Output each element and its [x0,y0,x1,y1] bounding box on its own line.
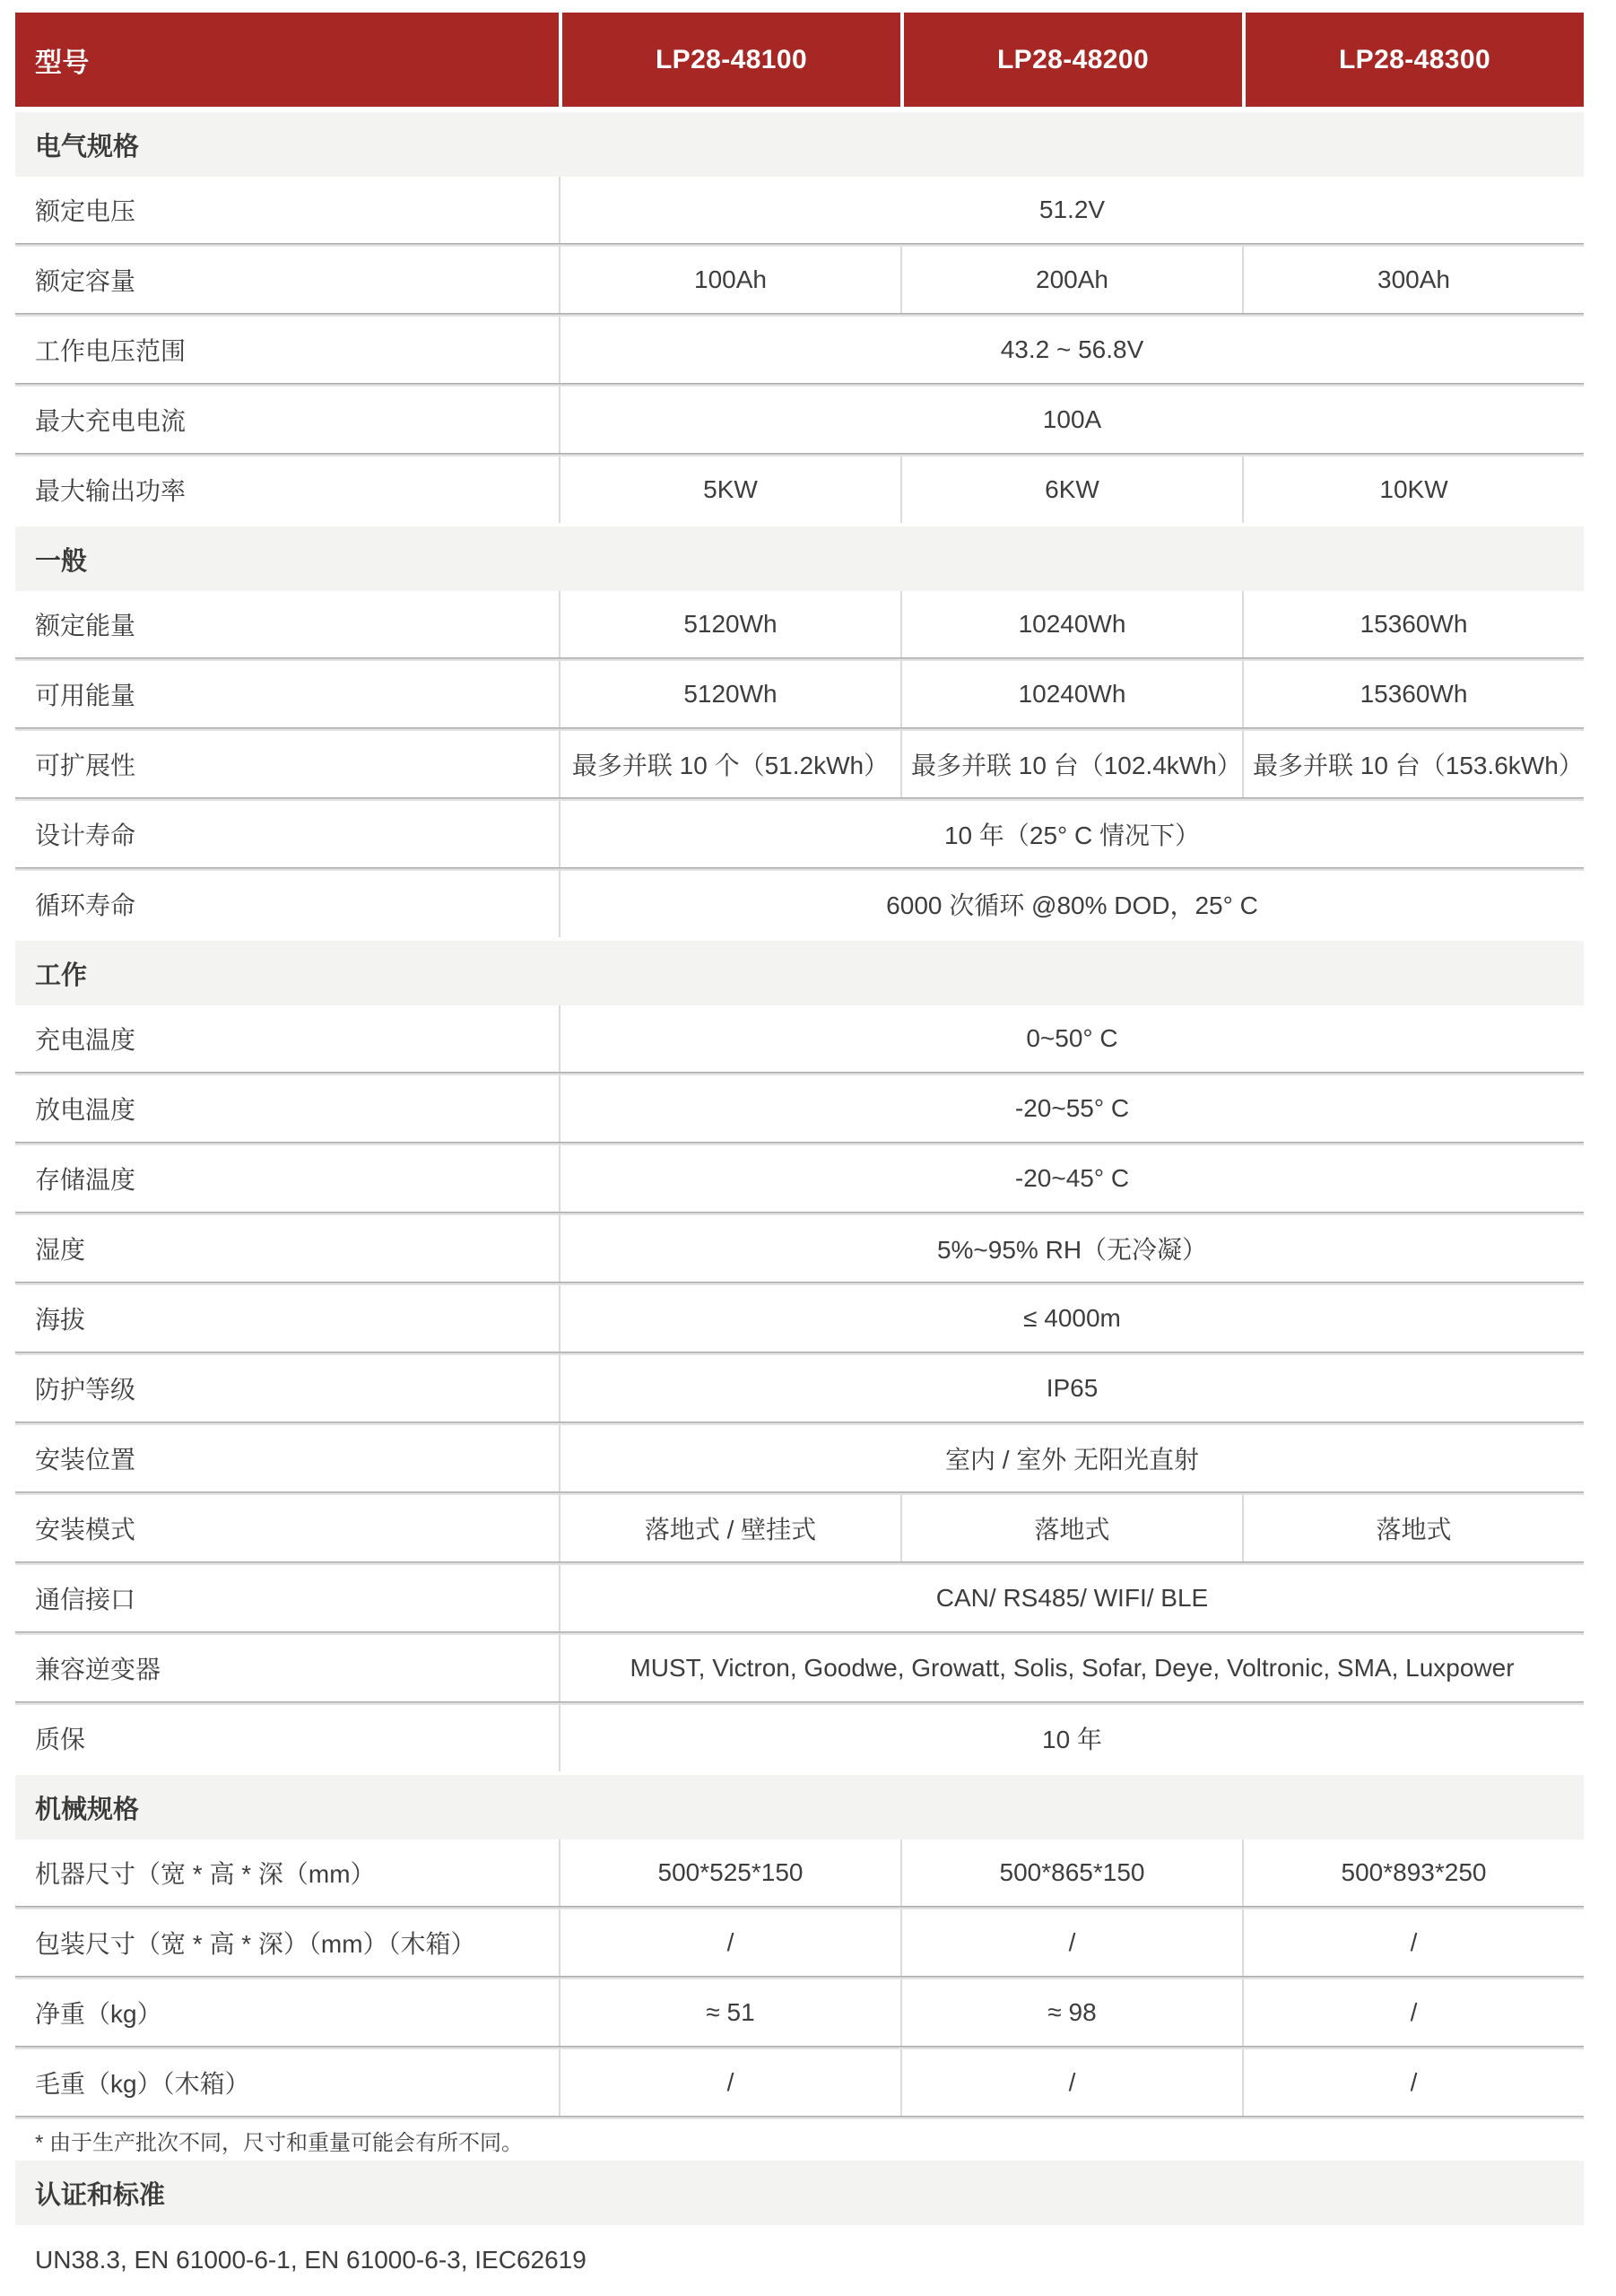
section-header-certification: 认证和标准 [15,2161,1584,2225]
spec-value-span: -20~45° C [559,1145,1584,1212]
spec-row: 额定电压51.2V [15,177,1584,243]
spec-value: 200Ah [900,247,1242,313]
spec-label: 机器尺寸（宽 * 高 * 深（mm） [15,1839,559,1906]
table-body: 电气规格额定电压51.2V额定容量100Ah200Ah300Ah工作电压范围43… [15,112,1584,2119]
spec-label: 额定容量 [15,247,559,313]
spec-value: 10240Wh [900,661,1242,727]
spec-row: 安装位置室内 / 室外 无阳光直射 [15,1425,1584,1492]
spec-label: 包装尺寸（宽 * 高 * 深）（mm）（木箱） [15,1909,559,1976]
spec-value: 500*893*250 [1242,1839,1584,1906]
spec-value: 落地式 [1242,1495,1584,1561]
spec-value-span: 6000 次循环 @80% DOD，25° C [559,871,1584,937]
spec-value: 最多并联 10 个（51.2kWh） [559,731,900,797]
spec-value: / [1242,1979,1584,2046]
spec-label: 额定电压 [15,177,559,243]
spec-row: 安装模式落地式 / 壁挂式落地式落地式 [15,1495,1584,1561]
spec-label: 安装位置 [15,1425,559,1492]
section-title: 机械规格 [35,1789,139,1826]
spec-row: 海拔≤ 4000m [15,1285,1584,1352]
spec-label: 兼容逆变器 [15,1635,559,1701]
spec-label: 设计寿命 [15,801,559,867]
spec-value: ≈ 98 [900,1979,1242,2046]
spec-value-span: 室内 / 室外 无阳光直射 [559,1425,1584,1492]
spec-value-span: MUST, Victron, Goodwe, Growatt, Solis, S… [559,1635,1584,1701]
spec-label: 安装模式 [15,1495,559,1561]
spec-label: 湿度 [15,1215,559,1282]
spec-value-span: 10 年 [559,1705,1584,1771]
certification-values: UN38.3, EN 61000-6-1, EN 61000-6-3, IEC6… [15,2225,1584,2295]
spec-row: 包装尺寸（宽 * 高 * 深）（mm）（木箱）/// [15,1909,1584,1976]
spec-value: / [900,1909,1242,1976]
spec-row: 毛重（kg）（木箱）/// [15,2049,1584,2116]
spec-value: 100Ah [559,247,900,313]
spec-sheet-page: 型号 LP28-48100 LP28-48200 LP28-48300 电气规格… [0,0,1616,2296]
spec-row: 充电温度0~50° C [15,1005,1584,1072]
spec-row: 最大输出功率5KW6KW10KW [15,457,1584,523]
spec-label: 可用能量 [15,661,559,727]
spec-value-span: CAN/ RS485/ WIFI/ BLE [559,1565,1584,1631]
table-header-row: 型号 LP28-48100 LP28-48200 LP28-48300 [15,13,1584,107]
spec-label: 净重（kg） [15,1979,559,2046]
spec-row: 额定能量5120Wh10240Wh15360Wh [15,591,1584,657]
section-title: 一般 [35,541,87,578]
spec-row: 最大充电电流100A [15,387,1584,453]
spec-value: 6KW [900,457,1242,523]
spec-row: 额定容量100Ah200Ah300Ah [15,247,1584,313]
section-title: 工作 [35,955,87,992]
spec-value: 10240Wh [900,591,1242,657]
spec-label: 放电温度 [15,1075,559,1142]
spec-label: 可扩展性 [15,731,559,797]
model-column-header: 型号 [15,13,559,107]
spec-row: 防护等级IP65 [15,1355,1584,1422]
spec-value: 落地式 / 壁挂式 [559,1495,900,1561]
spec-row: 循环寿命6000 次循环 @80% DOD，25° C [15,871,1584,937]
spec-row: 质保10 年 [15,1705,1584,1771]
spec-value: 最多并联 10 台（102.4kWh） [900,731,1242,797]
spec-value-span: IP65 [559,1355,1584,1422]
model-name-3: LP28-48300 [1242,13,1584,107]
spec-value-span: -20~55° C [559,1075,1584,1142]
section-header: 工作 [15,941,1584,1005]
spec-label: 工作电压范围 [15,317,559,383]
spec-row: 存储温度-20~45° C [15,1145,1584,1212]
spec-row: 可扩展性最多并联 10 个（51.2kWh）最多并联 10 台（102.4kWh… [15,731,1584,797]
spec-row: 通信接口CAN/ RS485/ WIFI/ BLE [15,1565,1584,1631]
spec-value: / [559,1909,900,1976]
spec-value: 10KW [1242,457,1584,523]
spec-value-span: ≤ 4000m [559,1285,1584,1352]
spec-row: 湿度5%~95% RH（无冷凝） [15,1215,1584,1282]
spec-value: 300Ah [1242,247,1584,313]
spec-label: 毛重（kg）（木箱） [15,2049,559,2116]
spec-label: 额定能量 [15,591,559,657]
spec-value-span: 10 年（25° C 情况下） [559,801,1584,867]
spec-value: 5120Wh [559,661,900,727]
spec-value: 5120Wh [559,591,900,657]
spec-label: 海拔 [15,1285,559,1352]
spec-value: 15360Wh [1242,591,1584,657]
spec-value: ≈ 51 [559,1979,900,2046]
spec-label: 质保 [15,1705,559,1771]
spec-row: 机器尺寸（宽 * 高 * 深（mm）500*525*150500*865*150… [15,1839,1584,1906]
spec-value: / [900,2049,1242,2116]
spec-value: 5KW [559,457,900,523]
spec-value: / [1242,2049,1584,2116]
spec-value-span: 5%~95% RH（无冷凝） [559,1215,1584,1282]
note-text: * 由于生产批次不同，尺寸和重量可能会有所不同。 [15,2119,1584,2161]
spec-value: 15360Wh [1242,661,1584,727]
spec-label: 存储温度 [15,1145,559,1212]
spec-label: 最大输出功率 [15,457,559,523]
spec-label: 循环寿命 [15,871,559,937]
spec-value: 500*525*150 [559,1839,900,1906]
spec-label: 防护等级 [15,1355,559,1422]
spec-value: / [559,2049,900,2116]
spec-row: 净重（kg）≈ 51≈ 98/ [15,1979,1584,2046]
spec-row: 设计寿命10 年（25° C 情况下） [15,801,1584,867]
model-name-1: LP28-48100 [559,13,900,107]
section-header: 电气规格 [15,112,1584,177]
spec-row: 可用能量5120Wh10240Wh15360Wh [15,661,1584,727]
model-name-2: LP28-48200 [900,13,1242,107]
spec-value: 最多并联 10 台（153.6kWh） [1242,731,1584,797]
spec-value: 500*865*150 [900,1839,1242,1906]
spec-value-span: 43.2 ~ 56.8V [559,317,1584,383]
spec-label: 充电温度 [15,1005,559,1072]
spec-row: 兼容逆变器MUST, Victron, Goodwe, Growatt, Sol… [15,1635,1584,1701]
spec-value: / [1242,1909,1584,1976]
spec-table: 型号 LP28-48100 LP28-48200 LP28-48300 电气规格… [15,13,1584,2295]
spec-row: 工作电压范围43.2 ~ 56.8V [15,317,1584,383]
spec-value: 落地式 [900,1495,1242,1561]
section-title: 认证和标准 [35,2175,165,2212]
section-header: 机械规格 [15,1775,1584,1839]
spec-label: 最大充电电流 [15,387,559,453]
spec-value-span: 0~50° C [559,1005,1584,1072]
section-header: 一般 [15,526,1584,591]
spec-value-span: 100A [559,387,1584,453]
spec-value-span: 51.2V [559,177,1584,243]
spec-label: 通信接口 [15,1565,559,1631]
section-title: 电气规格 [35,126,139,163]
spec-row: 放电温度-20~55° C [15,1075,1584,1142]
